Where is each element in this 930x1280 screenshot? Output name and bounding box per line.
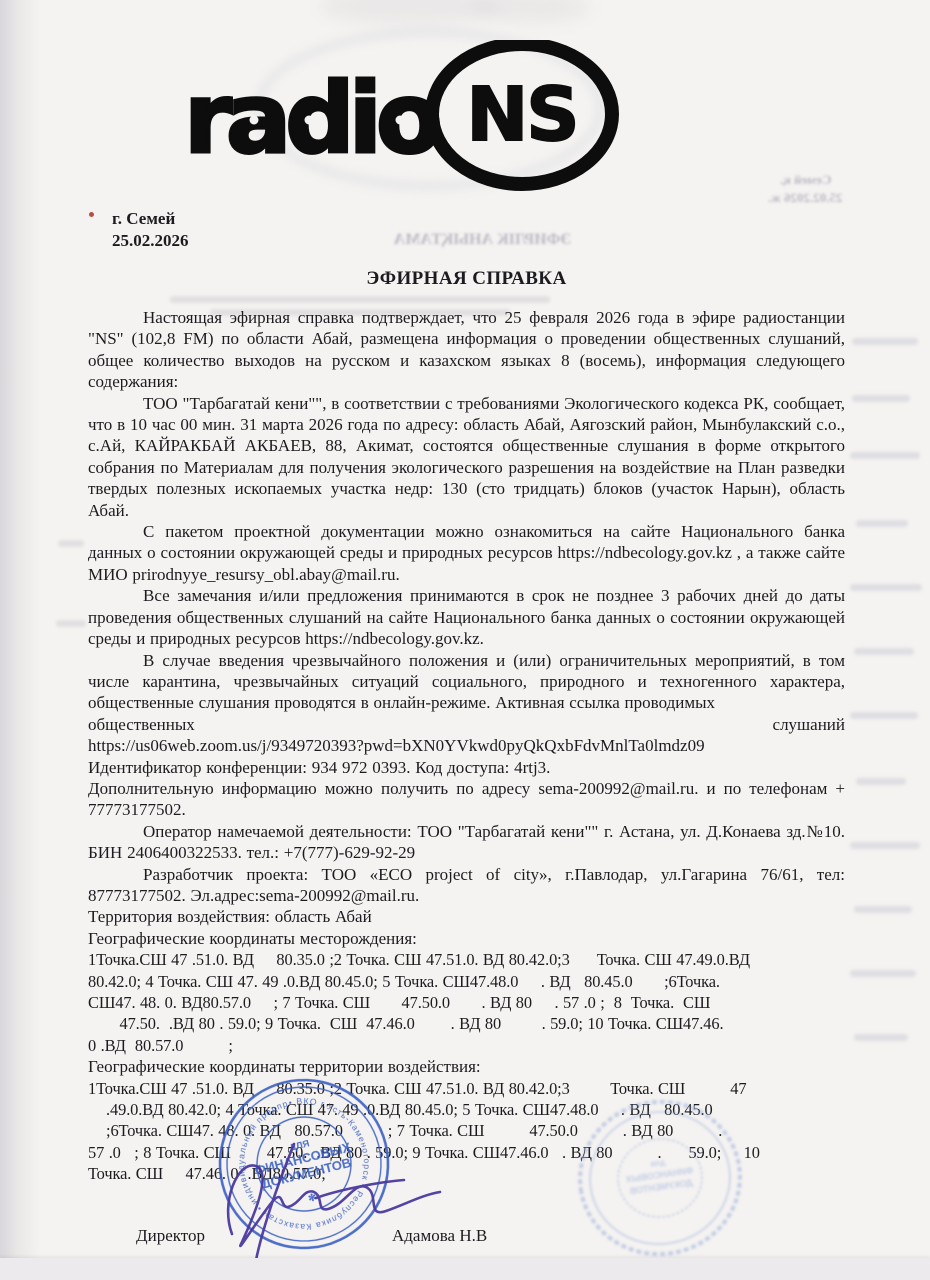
logo-record-dot	[396, 116, 405, 125]
bleed-through-line	[58, 540, 84, 547]
document-body: Настоящая эфирная справка подтверждает, …	[88, 307, 845, 1185]
document-title: ЭФИРНАЯ СПРАВКА	[88, 268, 845, 290]
header-date: 25.02.2026	[112, 230, 189, 252]
paragraph: Все замечания и/или предложения принимаю…	[88, 585, 845, 649]
bleed-through-line	[850, 452, 920, 459]
bleed-through-line	[850, 970, 916, 977]
bleed-through-line	[854, 648, 914, 655]
page-left-edge-shadow	[0, 0, 40, 1280]
document-header: г. Семей 25.02.2026	[112, 208, 189, 252]
logo-record-dot	[250, 116, 259, 125]
bleed-through-line	[856, 778, 906, 785]
bleed-through-line	[850, 712, 918, 719]
bleed-through-line	[850, 584, 922, 591]
paragraph: Территория воздействия: область Абай	[88, 906, 845, 927]
split-left: общественных	[88, 714, 195, 735]
bleed-through-line	[56, 620, 86, 627]
paragraph: С пакетом проектной документации можно о…	[88, 521, 845, 585]
paragraph: Географические координаты территории воз…	[88, 1056, 845, 1077]
paragraph: Идентификатор конференции: 934 972 0393.…	[88, 757, 845, 778]
paragraph: ТОО "Тарбагатай кени"", в соответствии с…	[88, 393, 845, 521]
paragraph: Дополнительную информацию можно получить…	[88, 778, 845, 821]
paragraph: Географические координаты месторождения:	[88, 928, 845, 949]
paragraph-split: общественныхслушаний	[88, 714, 845, 735]
split-right: слушаний	[773, 714, 845, 735]
scan-smudge	[470, 0, 590, 22]
bleed-date: 25.02.2026 ж.	[768, 190, 842, 206]
stamp-bleed-through: ДЛЯ ФИНАНСОВЫХ ДОКУМЕНТОВ	[561, 1085, 758, 1272]
footer-signer-name: Адамова Н.В	[392, 1226, 487, 1246]
bleed-city: Семей қ.	[780, 172, 831, 188]
paragraph: Оператор намечаемой деятельности: ТОО "Т…	[88, 821, 845, 864]
bleed-through-line	[170, 296, 550, 303]
radio-ns-logo-graphic: radio NS	[188, 40, 662, 194]
svg-text:ДЛЯ: ДЛЯ	[650, 1160, 666, 1169]
scanned-document: radio NS ЭФИРЛІК АНЫҚТАМА Семей қ. 25.02…	[0, 0, 930, 1280]
paragraph: В случае введения чрезвычайного положени…	[88, 650, 845, 714]
ink-speck	[89, 212, 94, 217]
bleed-through-line	[852, 338, 918, 345]
header-city: г. Семей	[112, 208, 189, 230]
logo-record-dot	[305, 116, 314, 125]
coordinates-block: 1Точка.СШ 47 .51.0. ВД 80.35.0 ;2 Точка.…	[88, 949, 845, 1056]
bleed-through-line	[852, 395, 910, 402]
paragraph: Настоящая эфирная справка подтверждает, …	[88, 307, 845, 393]
bleed-through-line	[856, 520, 908, 527]
bleed-heading: ЭФИРЛІК АНЫҚТАМА	[375, 231, 590, 249]
paragraph: https://us06web.zoom.us/j/9349720393?pwd…	[88, 735, 845, 756]
footer-role-label: Директор	[136, 1226, 205, 1246]
logo-badge: NS	[466, 72, 577, 158]
radio-ns-logo: radio NS	[188, 40, 662, 194]
scan-bottom-edge	[0, 1258, 930, 1280]
bleed-through-line	[854, 1034, 908, 1041]
bleed-through-line	[854, 906, 912, 913]
paragraph: Разработчик проекта: ТОО «ECO project of…	[88, 864, 845, 907]
bleed-through-line	[850, 842, 920, 849]
